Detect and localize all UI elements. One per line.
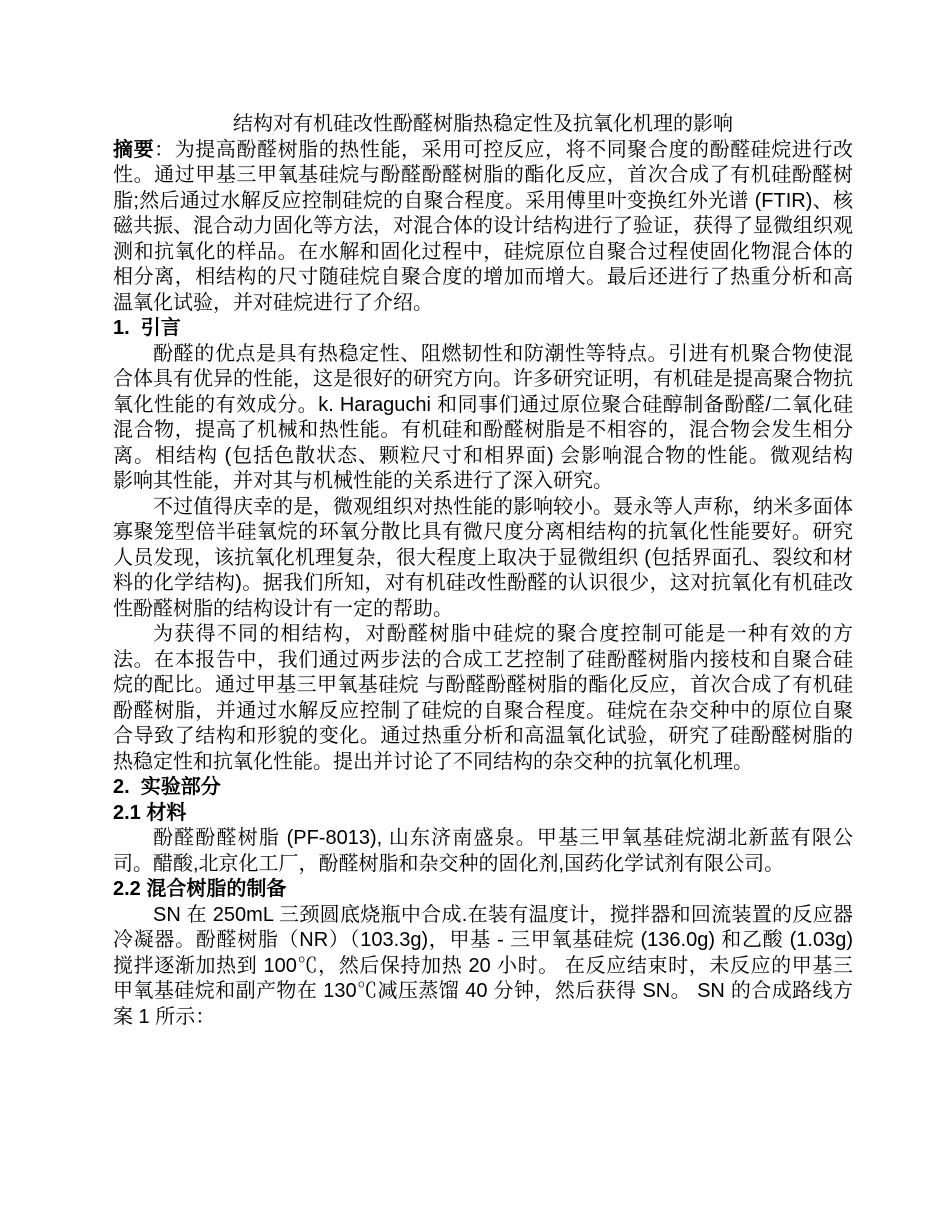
text-line: 摘要：为提高酚醛树脂的热性能，采用可控反应，将不同聚合度的酚醛硅烷进行改	[113, 138, 853, 164]
text-line: 相分离，相结构的尺寸随硅烷自聚合度的增加而增大。最后还进行了热重分析和高	[113, 265, 853, 291]
text-line: 酚醛酚醛树脂 (PF-8013), 山东济南盛泉。甲基三甲氧基硅烷湖北新蓝有限公	[113, 826, 853, 852]
text-line: 合导致了结构和形貌的变化。通过热重分析和高温氧化试验，研究了硅酚醛树脂的	[113, 724, 853, 750]
text-line: 不过值得庆幸的是，微观组织对热性能的影响较小。聂永等人声称，纳米多面体	[113, 495, 853, 521]
text-line: 混合物，提高了机械和热性能。有机硅和酚醛树脂是不相容的，混合物会发生相分	[113, 418, 853, 444]
text-line: 烷的配比。通过甲基三甲氧基硅烷 与酚醛酚醛树脂的酯化反应，首次合成了有机硅	[113, 673, 853, 699]
text-line: 甲氧基硅烷和副产物在 130℃减压蒸馏 40 分钟，然后获得 SN。 SN 的合…	[113, 979, 853, 1005]
text-line: 磁共振、混合动力固化等方法，对混合体的设计结构进行了验证，获得了显微组织观	[113, 214, 853, 240]
section-heading: 2.1 材料	[113, 801, 853, 827]
text-line: 合体具有优异的性能，这是很好的研究方向。许多研究证明，有机硅是提高聚合物抗	[113, 367, 853, 393]
text-line: 性。通过甲基三甲氧基硅烷与酚醛酚醛树脂的酯化反应，首次合成了有机硅酚醛树	[113, 163, 853, 189]
text-line: 寡聚笼型倍半硅氧烷的环氧分散比具有微尺度分离相结构的抗氧化性能要好。研究	[113, 520, 853, 546]
text-line: 温氧化试验，并对硅烷进行了介绍。	[113, 291, 853, 317]
document-title: 结构对有机硅改性酚醛树脂热稳定性及抗氧化机理的影响	[113, 112, 853, 138]
text-line: SN 在 250mL 三颈圆底烧瓶中合成.在装有温度计，搅拌器和回流装置的反应器	[113, 903, 853, 929]
section-heading: 2. 实验部分	[113, 775, 853, 801]
text-line: 热稳定性和抗氧化性能。提出并讨论了不同结构的杂交种的抗氧化机理。	[113, 750, 853, 776]
text-line: 离。相结构 (包括色散状态、颗粒尺寸和相界面) 会影响混合物的性能。微观结构	[113, 444, 853, 470]
text-line: 料的化学结构)。据我们所知，对有机硅改性酚醛的认识很少，这对抗氧化有机硅改	[113, 571, 853, 597]
text-line: 影响其性能，并对其与机械性能的关系进行了深入研究。	[113, 469, 853, 495]
text-line: 冷凝器。酚醛树脂（NR）（103.3g)，甲基 - 三甲氧基硅烷 (136.0g…	[113, 928, 853, 954]
section-heading: 2.2 混合树脂的制备	[113, 877, 853, 903]
text-line: 酚醛的优点是具有热稳定性、阻燃韧性和防潮性等特点。引进有机聚合物使混	[113, 342, 853, 368]
text-line: 性酚醛树脂的结构设计有一定的帮助。	[113, 597, 853, 623]
text-line: 为获得不同的相结构，对酚醛树脂中硅烷的聚合度控制可能是一种有效的方	[113, 622, 853, 648]
section-heading: 1. 引言	[113, 316, 853, 342]
document-page: 结构对有机硅改性酚醛树脂热稳定性及抗氧化机理的影响 摘要：为提高酚醛树脂的热性能…	[0, 0, 952, 1232]
text-line: 人员发现，该抗氧化机理复杂，很大程度上取决于显微组织 (包括界面孔、裂纹和材	[113, 546, 853, 572]
text-line: 测和抗氧化的样品。在水解和固化过程中，硅烷原位自聚合过程使固化物混合体的	[113, 240, 853, 266]
text-line: 酚醛树脂，并通过水解反应控制了硅烷的自聚合程度。硅烷在杂交种中的原位自聚	[113, 699, 853, 725]
document-lines: 摘要：为提高酚醛树脂的热性能，采用可控反应，将不同聚合度的酚醛硅烷进行改性。通过…	[113, 138, 853, 1031]
text-line: 脂;然后通过水解反应控制硅烷的自聚合程度。采用傅里叶变换红外光谱 (FTIR)、…	[113, 189, 853, 215]
abstract-label: 摘要	[113, 139, 154, 161]
document-body: 结构对有机硅改性酚醛树脂热稳定性及抗氧化机理的影响 摘要：为提高酚醛树脂的热性能…	[113, 112, 853, 1030]
text-line: 氧化性能的有效成分。k. Haraguchi 和同事们通过原位聚合硅醇制备酚醛/…	[113, 393, 853, 419]
text-line: 法。在本报告中，我们通过两步法的合成工艺控制了硅酚醛树脂内接枝和自聚合硅	[113, 648, 853, 674]
text-line: 司。醋酸,北京化工厂，酚醛树脂和杂交种的固化剂,国药化学试剂有限公司。	[113, 852, 853, 878]
text-line: 案 1 所示：	[113, 1005, 853, 1031]
text-line: 搅拌逐渐加热到 100℃，然后保持加热 20 小时。 在反应结束时，未反应的甲基…	[113, 954, 853, 980]
